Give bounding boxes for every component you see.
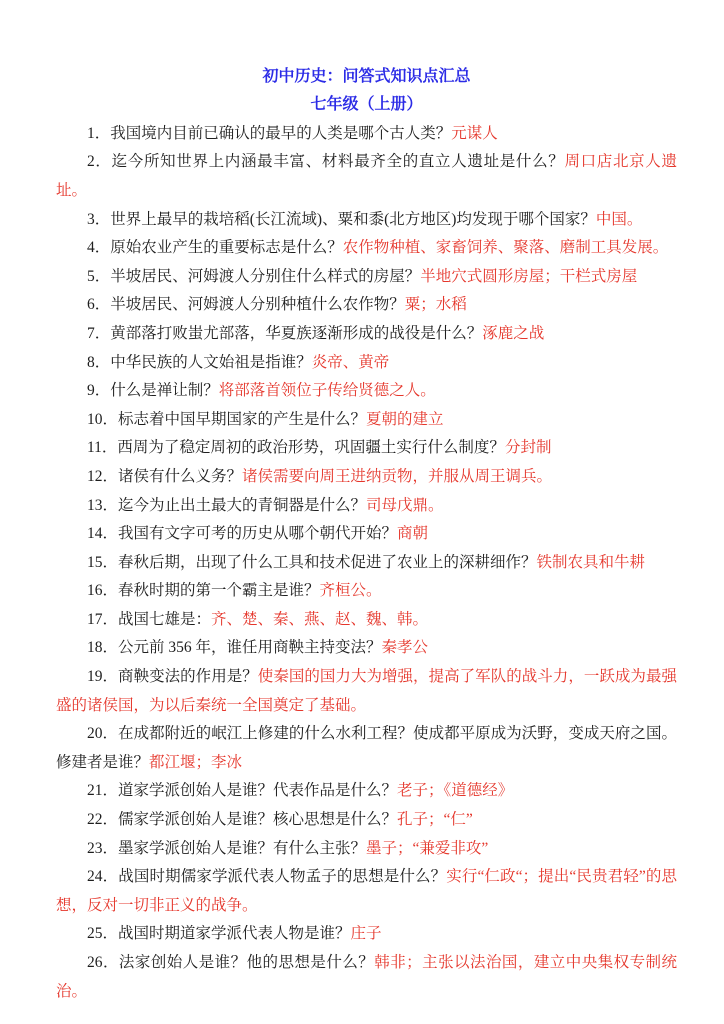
qa-question-text: 17．战国七雄是： bbox=[87, 611, 211, 628]
qa-question-text: 6．半坡居民、河姆渡人分别种植什么农作物？ bbox=[87, 296, 405, 313]
qa-item: 2．迄今所知世界上内涵最丰富、材料最齐全的直立人遗址是什么？周口店北京人遗址。 bbox=[56, 148, 677, 205]
qa-answer-text: 诸侯需要向周王进纳贡物，并服从周王调兵。 bbox=[242, 468, 552, 485]
qa-question-text: 15．春秋后期，出现了什么工具和技术促进了农业上的深耕细作？ bbox=[87, 554, 537, 571]
qa-question-text: 7．黄部落打败蚩尤部落，华夏族逐渐形成的战役是什么？ bbox=[87, 325, 482, 342]
qa-question-text: 24．战国时期儒家学派代表人物孟子的思想是什么？ bbox=[87, 868, 446, 885]
qa-question-text: 1．我国境内目前已确认的最早的人类是哪个古人类？ bbox=[87, 125, 451, 142]
qa-question-text: 23．墨家学派创始人是谁？有什么主张？ bbox=[87, 840, 366, 857]
qa-item: 16．春秋时期的第一个霸主是谁？齐桓公。 bbox=[56, 577, 677, 606]
qa-question-text: 25．战国时期道家学派代表人物是谁？ bbox=[87, 925, 351, 942]
qa-item: 13．迄今为止出土最大的青铜器是什么？司母戊鼎。 bbox=[56, 492, 677, 521]
qa-answer-text: 秦孝公 bbox=[382, 639, 429, 656]
qa-answer-text: 孔子；“仁” bbox=[397, 811, 473, 828]
qa-answer-text: 齐、楚、秦、燕、赵、魏、韩。 bbox=[211, 611, 428, 628]
qa-question-text: 8．中华民族的人文始祖是指谁？ bbox=[87, 354, 312, 371]
qa-item: 11．西周为了稳定周初的政治形势，巩固疆土实行什么制度？分封制 bbox=[56, 434, 677, 463]
qa-item: 25．战国时期道家学派代表人物是谁？庄子 bbox=[56, 920, 677, 949]
qa-question-text: 10．标志着中国早期国家的产生是什么？ bbox=[87, 411, 366, 428]
qa-answer-text: 半地穴式圆形房屋；干栏式房屋 bbox=[420, 268, 637, 285]
qa-answer-text: 都江堰；李冰 bbox=[149, 754, 242, 771]
qa-item: 19．商鞅变法的作用是？使秦国的国力大为增强，提高了军队的战斗力，一跃成为最强盛… bbox=[56, 663, 677, 720]
qa-answer-text: 老子；《道德经》 bbox=[397, 782, 513, 799]
qa-list: 1．我国境内目前已确认的最早的人类是哪个古人类？元谋人 2．迄今所知世界上内涵最… bbox=[56, 120, 677, 1006]
qa-item: 24．战国时期儒家学派代表人物孟子的思想是什么？实行“仁政“；提出“民贵君轻”的… bbox=[56, 863, 677, 920]
qa-item: 12．诸侯有什么义务？诸侯需要向周王进纳贡物，并服从周王调兵。 bbox=[56, 463, 677, 492]
qa-question-text: 21．道家学派创始人是谁？代表作品是什么？ bbox=[87, 782, 397, 799]
qa-answer-text: 墨子；“兼爱非攻” bbox=[366, 840, 488, 857]
qa-question-text: 26．法家创始人是谁？他的思想是什么？ bbox=[87, 954, 374, 971]
qa-answer-text: 将部落首领位子传给贤德之人。 bbox=[219, 382, 436, 399]
qa-question-text: 12．诸侯有什么义务？ bbox=[87, 468, 242, 485]
qa-answer-text: 中国。 bbox=[596, 211, 643, 228]
qa-item: 8．中华民族的人文始祖是指谁？炎帝、黄帝 bbox=[56, 349, 677, 378]
qa-answer-text: 商朝 bbox=[397, 525, 428, 542]
qa-item: 1．我国境内目前已确认的最早的人类是哪个古人类？元谋人 bbox=[56, 120, 677, 149]
qa-answer-text: 铁制农具和牛耕 bbox=[537, 554, 646, 571]
qa-question-text: 5．半坡居民、河姆渡人分别住什么样式的房屋？ bbox=[87, 268, 420, 285]
page-content: 初中历史：问答式知识点汇总 七年级（上册） 1．我国境内目前已确认的最早的人类是… bbox=[0, 0, 724, 1006]
qa-question-text: 18．公元前 356 年，谁任用商鞅主持变法？ bbox=[87, 639, 382, 656]
qa-answer-text: 司母戊鼎。 bbox=[366, 497, 444, 514]
qa-item: 10．标志着中国早期国家的产生是什么？夏朝的建立 bbox=[56, 406, 677, 435]
qa-item: 20．在成都附近的岷江上修建的什么水利工程？使成都平原成为沃野，变成天府之国。修… bbox=[56, 720, 677, 777]
qa-question-text: 14．我国有文字可考的历史从哪个朝代开始？ bbox=[87, 525, 397, 542]
qa-item: 14．我国有文字可考的历史从哪个朝代开始？商朝 bbox=[56, 520, 677, 549]
qa-item: 26．法家创始人是谁？他的思想是什么？韩非；主张以法治国，建立中央集权专制统治。 bbox=[56, 949, 677, 1006]
qa-answer-text: 炎帝、黄帝 bbox=[312, 354, 390, 371]
document-page: 初中历史：问答式知识点汇总 七年级（上册） 1．我国境内目前已确认的最早的人类是… bbox=[0, 0, 724, 1024]
qa-item: 6．半坡居民、河姆渡人分别种植什么农作物？粟；水稻 bbox=[56, 291, 677, 320]
qa-answer-text: 夏朝的建立 bbox=[366, 411, 444, 428]
qa-item: 15．春秋后期，出现了什么工具和技术促进了农业上的深耕细作？铁制农具和牛耕 bbox=[56, 549, 677, 578]
qa-answer-text: 粟；水稻 bbox=[405, 296, 467, 313]
qa-question-text: 3．世界上最早的栽培稻(长江流域)、粟和黍(北方地区)均发现于哪个国家？ bbox=[87, 211, 596, 228]
qa-item: 23．墨家学派创始人是谁？有什么主张？墨子；“兼爱非攻” bbox=[56, 835, 677, 864]
qa-item: 5．半坡居民、河姆渡人分别住什么样式的房屋？半地穴式圆形房屋；干栏式房屋 bbox=[56, 263, 677, 292]
page-title: 初中历史：问答式知识点汇总 bbox=[56, 63, 677, 92]
qa-question-text: 11．西周为了稳定周初的政治形势，巩固疆土实行什么制度？ bbox=[87, 439, 505, 456]
qa-question-text: 16．春秋时期的第一个霸主是谁？ bbox=[87, 582, 320, 599]
qa-answer-text: 元谋人 bbox=[451, 125, 498, 142]
qa-answer-text: 分封制 bbox=[505, 439, 552, 456]
qa-answer-text: 涿鹿之战 bbox=[482, 325, 544, 342]
qa-question-text: 9．什么是禅让制？ bbox=[87, 382, 219, 399]
qa-item: 7．黄部落打败蚩尤部落，华夏族逐渐形成的战役是什么？涿鹿之战 bbox=[56, 320, 677, 349]
qa-item: 4．原始农业产生的重要标志是什么？农作物种植、家畜饲养、聚落、磨制工具发展。 bbox=[56, 234, 677, 263]
qa-answer-text: 农作物种植、家畜饲养、聚落、磨制工具发展。 bbox=[343, 239, 669, 256]
qa-question-text: 4．原始农业产生的重要标志是什么？ bbox=[87, 239, 343, 256]
qa-item: 21．道家学派创始人是谁？代表作品是什么？老子；《道德经》 bbox=[56, 777, 677, 806]
qa-question-text: 13．迄今为止出土最大的青铜器是什么？ bbox=[87, 497, 366, 514]
qa-answer-text: 齐桓公。 bbox=[320, 582, 382, 599]
qa-question-text: 2．迄今所知世界上内涵最丰富、材料最齐全的直立人遗址是什么？ bbox=[87, 153, 564, 170]
qa-item: 22．儒家学派创始人是谁？核心思想是什么？孔子；“仁” bbox=[56, 806, 677, 835]
qa-item: 9．什么是禅让制？将部落首领位子传给贤德之人。 bbox=[56, 377, 677, 406]
qa-item: 3．世界上最早的栽培稻(长江流域)、粟和黍(北方地区)均发现于哪个国家？中国。 bbox=[56, 206, 677, 235]
page-subtitle: 七年级（上册） bbox=[56, 91, 677, 120]
qa-item: 17．战国七雄是：齐、楚、秦、燕、赵、魏、韩。 bbox=[56, 606, 677, 635]
qa-answer-text: 庄子 bbox=[351, 925, 382, 942]
qa-question-text: 22．儒家学派创始人是谁？核心思想是什么？ bbox=[87, 811, 397, 828]
qa-question-text: 19．商鞅变法的作用是？ bbox=[87, 668, 258, 685]
qa-item: 18．公元前 356 年，谁任用商鞅主持变法？秦孝公 bbox=[56, 634, 677, 663]
